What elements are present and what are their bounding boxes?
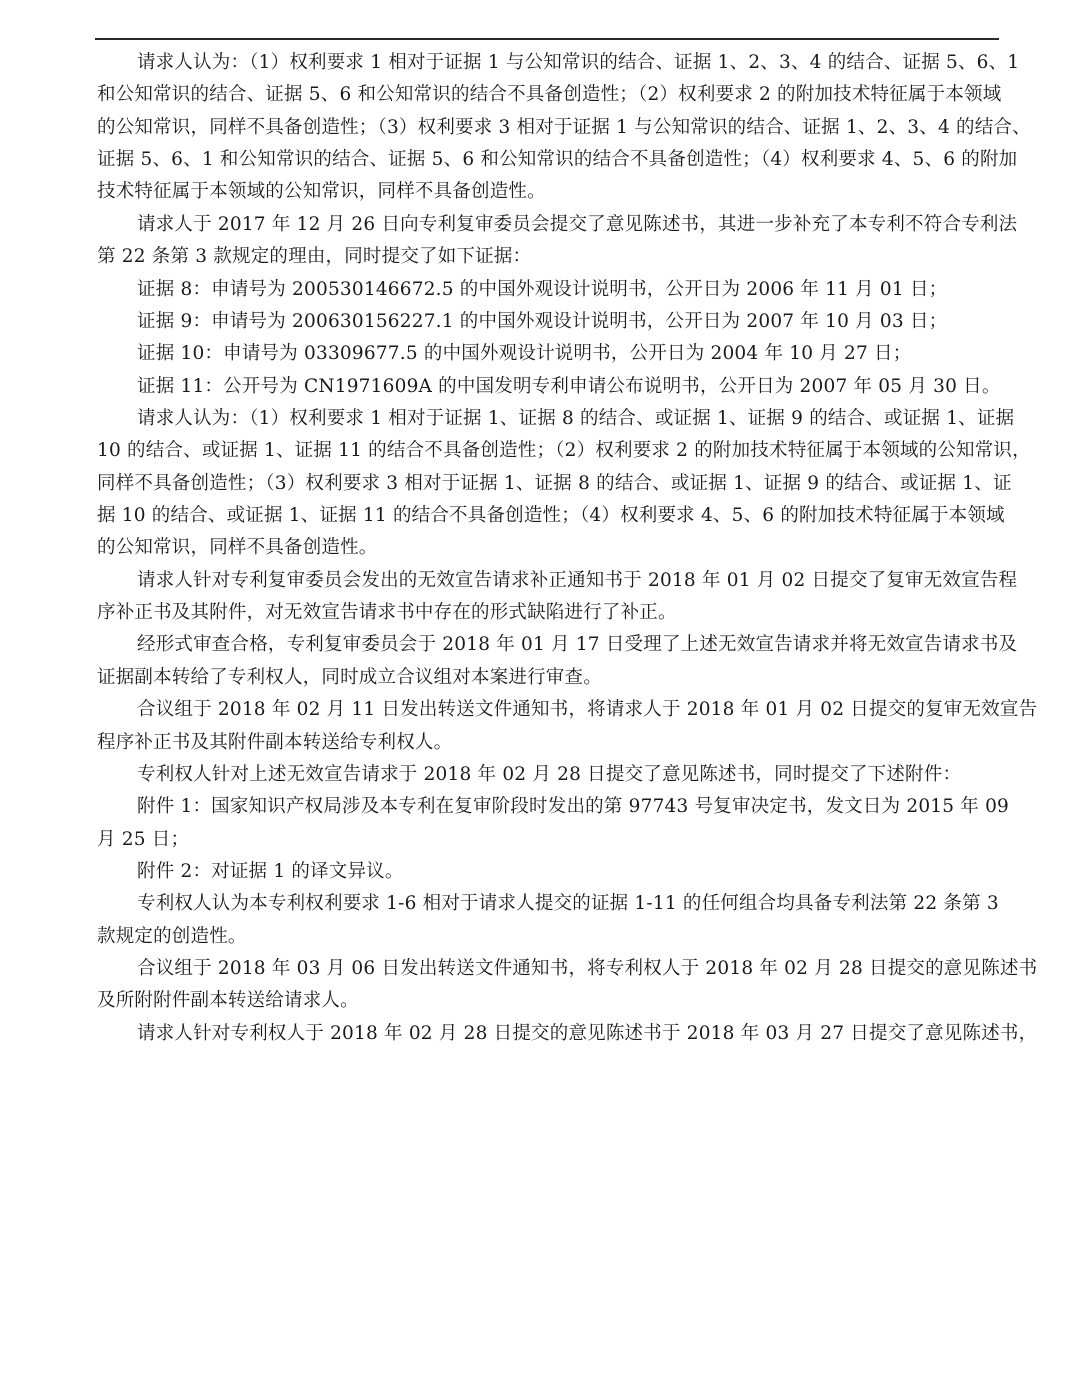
- evidence-item: 证据 10：申请号为 03309677.5 的中国外观设计说明书，公开日为 20…: [97, 338, 997, 370]
- paragraph: 请求人于 2017 年 12 月 26 日向专利复审委员会提交了意见陈述书，其进…: [97, 209, 997, 274]
- text-line: 证据 10：申请号为 03309677.5 的中国外观设计说明书，公开日为 20…: [97, 338, 997, 370]
- text-line: 及所附附件副本转送给请求人。: [97, 985, 997, 1017]
- paragraph: 合议组于 2018 年 02 月 11 日发出转送文件通知书，将请求人于 201…: [97, 694, 997, 759]
- text-line: 专利权人针对上述无效宣告请求于 2018 年 02 月 28 日提交了意见陈述书…: [97, 759, 997, 791]
- text-line: 10 的结合、或证据 1、证据 11 的结合不具备创造性；（2）权利要求 2 的…: [97, 435, 997, 467]
- document-body: 请求人认为：（1）权利要求 1 相对于证据 1 与公知常识的结合、证据 1、2、…: [97, 47, 997, 1050]
- paragraph: 请求人针对专利权人于 2018 年 02 月 28 日提交的意见陈述书于 201…: [97, 1018, 997, 1050]
- text-line: 程序补正书及其附件副本转送给专利权人。: [97, 727, 997, 759]
- header-rule: [95, 38, 999, 40]
- text-line: 和公知常识的结合、证据 5、6 和公知常识的结合不具备创造性；（2）权利要求 2…: [97, 79, 997, 111]
- text-line: 合议组于 2018 年 03 月 06 日发出转送文件通知书，将专利权人于 20…: [97, 953, 997, 985]
- paragraph: 合议组于 2018 年 03 月 06 日发出转送文件通知书，将专利权人于 20…: [97, 953, 997, 1018]
- text-line: 技术特征属于本领域的公知常识，同样不具备创造性。: [97, 176, 997, 208]
- text-line: 附件 1：国家知识产权局涉及本专利在复审阶段时发出的第 97743 号复审决定书…: [97, 791, 997, 823]
- text-line: 附件 2：对证据 1 的译文异议。: [97, 856, 997, 888]
- text-line: 专利权人认为本专利权利要求 1-6 相对于请求人提交的证据 1-11 的任何组合…: [97, 888, 997, 920]
- text-line: 同样不具备创造性；（3）权利要求 3 相对于证据 1、证据 8 的结合、或证据 …: [97, 468, 997, 500]
- evidence-item: 证据 9：申请号为 200630156227.1 的中国外观设计说明书，公开日为…: [97, 306, 997, 338]
- text-line: 序补正书及其附件，对无效宣告请求书中存在的形式缺陷进行了补正。: [97, 597, 997, 629]
- text-line: 的公知常识，同样不具备创造性；（3）权利要求 3 相对于证据 1 与公知常识的结…: [97, 112, 997, 144]
- paragraph: 请求人认为：（1）权利要求 1 相对于证据 1 与公知常识的结合、证据 1、2、…: [97, 47, 997, 209]
- text-line: 证据 8：申请号为 200530146672.5 的中国外观设计说明书，公开日为…: [97, 274, 997, 306]
- text-line: 月 25 日；: [97, 824, 997, 856]
- paragraph: 请求人针对专利复审委员会发出的无效宣告请求补正通知书于 2018 年 01 月 …: [97, 565, 997, 630]
- paragraph: 专利权人认为本专利权利要求 1-6 相对于请求人提交的证据 1-11 的任何组合…: [97, 888, 997, 953]
- text-line: 请求人针对专利复审委员会发出的无效宣告请求补正通知书于 2018 年 01 月 …: [97, 565, 997, 597]
- text-line: 证据 11：公开号为 CN1971609A 的中国发明专利申请公布说明书，公开日…: [97, 371, 997, 403]
- paragraph: 请求人认为：（1）权利要求 1 相对于证据 1、证据 8 的结合、或证据 1、证…: [97, 403, 997, 565]
- text-line: 的公知常识，同样不具备创造性。: [97, 532, 997, 564]
- text-line: 证据 9：申请号为 200630156227.1 的中国外观设计说明书，公开日为…: [97, 306, 997, 338]
- text-line: 请求人认为：（1）权利要求 1 相对于证据 1 与公知常识的结合、证据 1、2、…: [97, 47, 997, 79]
- text-line: 证据 5、6、1 和公知常识的结合、证据 5、6 和公知常识的结合不具备创造性；…: [97, 144, 997, 176]
- evidence-item: 证据 11：公开号为 CN1971609A 的中国发明专利申请公布说明书，公开日…: [97, 371, 997, 403]
- evidence-item: 证据 8：申请号为 200530146672.5 的中国外观设计说明书，公开日为…: [97, 274, 997, 306]
- text-line: 请求人认为：（1）权利要求 1 相对于证据 1、证据 8 的结合、或证据 1、证…: [97, 403, 997, 435]
- paragraph: 经形式审查合格，专利复审委员会于 2018 年 01 月 17 日受理了上述无效…: [97, 629, 997, 694]
- attachment-item: 附件 2：对证据 1 的译文异议。: [97, 856, 997, 888]
- paragraph: 专利权人针对上述无效宣告请求于 2018 年 02 月 28 日提交了意见陈述书…: [97, 759, 997, 791]
- text-line: 证据副本转给了专利权人，同时成立合议组对本案进行审查。: [97, 662, 997, 694]
- text-line: 合议组于 2018 年 02 月 11 日发出转送文件通知书，将请求人于 201…: [97, 694, 997, 726]
- text-line: 请求人针对专利权人于 2018 年 02 月 28 日提交的意见陈述书于 201…: [97, 1018, 997, 1050]
- text-line: 第 22 条第 3 款规定的理由，同时提交了如下证据：: [97, 241, 997, 273]
- text-line: 款规定的创造性。: [97, 921, 997, 953]
- text-line: 经形式审查合格，专利复审委员会于 2018 年 01 月 17 日受理了上述无效…: [97, 629, 997, 661]
- text-line: 请求人于 2017 年 12 月 26 日向专利复审委员会提交了意见陈述书，其进…: [97, 209, 997, 241]
- attachment-item: 附件 1：国家知识产权局涉及本专利在复审阶段时发出的第 97743 号复审决定书…: [97, 791, 997, 856]
- text-line: 据 10 的结合、或证据 1、证据 11 的结合不具备创造性；（4）权利要求 4…: [97, 500, 997, 532]
